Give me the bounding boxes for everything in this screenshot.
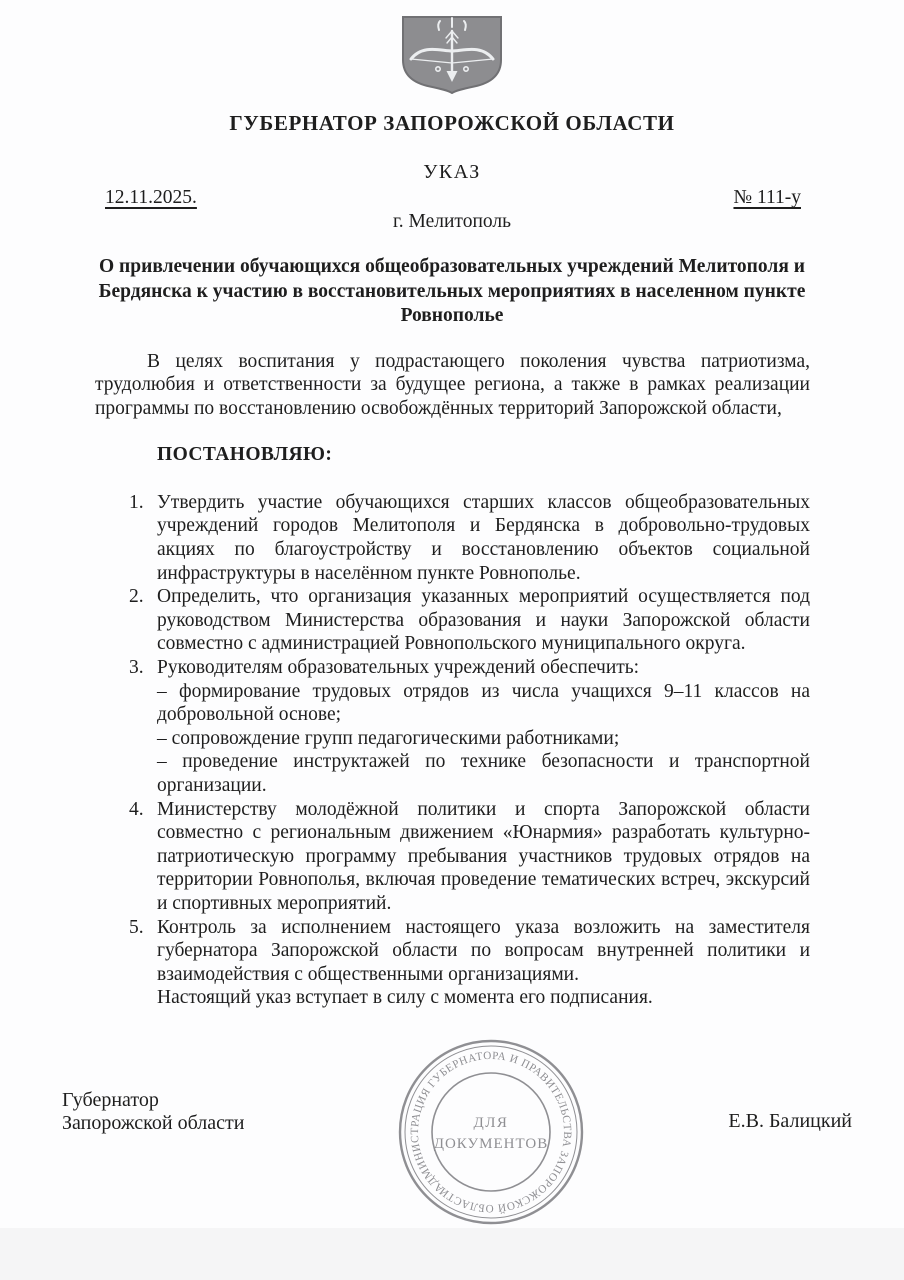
item-number: 1.: [129, 491, 144, 515]
signatory-name: Е.В. Балицкий: [728, 1110, 852, 1133]
resolution-list: 1. Утвердить участие обучающихся старших…: [95, 491, 810, 1010]
list-item-2: 2. Определить, что организация указанных…: [95, 585, 810, 656]
official-stamp-icon: АДМИНИСТРАЦИЯ ГУБЕРНАТОРА И ПРАВИТЕЛЬСТВ…: [386, 1027, 596, 1237]
decree-title: О привлечении обучающихся общеобразовате…: [98, 255, 806, 329]
svg-text:АДМИНИСТРАЦИЯ ГУБЕРНАТОРА И ПР: АДМИНИСТРАЦИЯ ГУБЕРНАТОРА И ПРАВИТЕЛЬСТВ…: [386, 1027, 596, 1237]
coat-of-arms-icon: [399, 14, 505, 94]
decree-document-page: ГУБЕРНАТОР ЗАПОРОЖСКОЙ ОБЛАСТИ УКАЗ 12.1…: [0, 0, 904, 1280]
signatory-post: Губернатор Запорожской области: [62, 1089, 244, 1135]
list-item-1: 1. Утвердить участие обучающихся старших…: [95, 491, 810, 585]
decree-date: 12.11.2025.: [105, 186, 197, 210]
issuing-authority-title: ГУБЕРНАТОР ЗАПОРОЖСКОЙ ОБЛАСТИ: [0, 110, 904, 136]
item-text: Определить, что организация указанных ме…: [157, 585, 810, 656]
date-number-row: 12.11.2025. № 111-у: [105, 186, 801, 210]
item-number: 4.: [129, 798, 144, 822]
stamp-ring-text: АДМИНИСТРАЦИЯ ГУБЕРНАТОРА И ПРАВИТЕЛЬСТВ…: [386, 1027, 596, 1237]
signatory-post-line1: Губернатор: [62, 1089, 244, 1112]
resolution-heading: ПОСТАНОВЛЯЮ:: [95, 443, 810, 467]
issue-city: г. Мелитополь: [0, 210, 904, 234]
signatory-post-line2: Запорожской области: [62, 1112, 244, 1135]
scan-bottom-shade: [0, 1228, 904, 1280]
list-item-3: 3. Руководителям образовательных учрежде…: [95, 656, 810, 798]
list-item-4: 4. Министерству молодёжной политики и сп…: [95, 798, 810, 916]
item-subline: – сопровождение групп педагогическими ра…: [157, 727, 810, 751]
item-number: 3.: [129, 656, 144, 680]
stamp-center-line2: ДОКУМЕНТОВ: [434, 1136, 549, 1152]
stamp-center-line1: ДЛЯ: [474, 1115, 509, 1131]
item-text: Министерству молодёжной политики и спорт…: [157, 798, 810, 916]
item-text: Руководителям образовательных учреждений…: [157, 656, 810, 680]
decree-body: В целях воспитания у подрастающего покол…: [95, 350, 810, 1010]
item-text: Утвердить участие обучающихся старших кл…: [157, 491, 810, 585]
entry-into-force-line: Настоящий указ вступает в силу с момента…: [157, 986, 810, 1010]
preamble-paragraph: В целях воспитания у подрастающего покол…: [95, 350, 810, 421]
item-text: Контроль за исполнением настоящего указа…: [157, 916, 810, 987]
decree-number: № 111-у: [733, 186, 801, 210]
item-number: 5.: [129, 916, 144, 940]
item-number: 2.: [129, 585, 144, 609]
document-type-label: УКАЗ: [0, 160, 904, 184]
item-subline: – формирование трудовых отрядов из числа…: [157, 680, 810, 727]
item-subline: – проведение инструктажей по технике без…: [157, 750, 810, 797]
list-item-5: 5. Контроль за исполнением настоящего ук…: [95, 916, 810, 1010]
